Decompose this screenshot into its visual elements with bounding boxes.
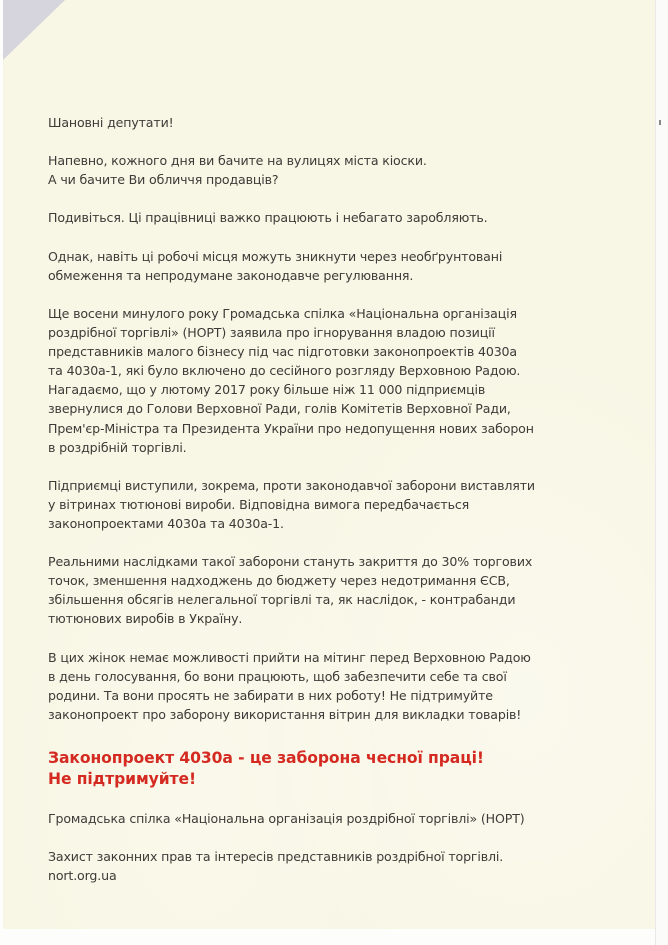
paragraph-appeal: В цих жінок немає можливості прийти на м… (48, 648, 648, 724)
text-line: Подивіться. Ці працівниці важко працюють… (48, 208, 648, 227)
text-line: А чи бачите Ви обличчя продавців? (48, 170, 648, 189)
signature: Громадська спілка «Національна організац… (48, 809, 648, 828)
signature-text: Громадська спілка «Національна організац… (48, 809, 648, 828)
text-line: Ще восени минулого року Громадська спілк… (48, 304, 648, 323)
text-line: Напевно, кожного дня ви бачите на вулиця… (48, 151, 648, 170)
text-line: в роздрібній торгівлі. (48, 438, 648, 457)
headline-line: Не підтримуйте! (48, 769, 648, 790)
website-text: nort.org.ua (48, 866, 648, 885)
text-line: Підприємці виступили, зокрема, проти зак… (48, 476, 648, 495)
text-line: звернулися до Голови Верховної Ради, гол… (48, 399, 648, 418)
text-line: збільшення обсягів нелегальної торгівлі … (48, 590, 648, 609)
paragraph-display-ban: Підприємці виступили, зокрема, проти зак… (48, 476, 648, 533)
text-line: обмеження та непродумане законодавче рег… (48, 266, 648, 285)
scan-mark (659, 120, 661, 125)
text-line: та 4030а-1, які було включено до сесійно… (48, 361, 648, 380)
text-line: у вітринах тютюнові вироби. Відповідна в… (48, 495, 648, 514)
text-line: Однак, навіть ці робочі місця можуть зни… (48, 247, 648, 266)
text-line: родини. Та вони просять не забирати в ни… (48, 686, 648, 705)
text-line: В цих жінок немає можливості прийти на м… (48, 648, 648, 667)
folded-corner-shadow (3, 0, 65, 60)
text-line: в день голосування, бо вони працюють, що… (48, 667, 648, 686)
greeting: Шановні депутати! (48, 113, 648, 132)
text-line: Нагадаємо, що у лютому 2017 року більше … (48, 380, 648, 399)
text-line: законопроектами 4030а та 4030а-1. (48, 514, 648, 533)
text-line: точок, зменшення надходжень до бюджету ч… (48, 571, 648, 590)
tagline-text: Захист законних прав та інтересів предст… (48, 847, 648, 866)
text-line: Прем'єр-Міністра та Президента України п… (48, 419, 648, 438)
headline: Законопроект 4030а - це заборона чесної … (48, 748, 648, 790)
greeting-text: Шановні депутати! (48, 113, 648, 132)
text-line: представників малого бізнесу під час під… (48, 342, 648, 361)
text-line: Реальними наслідками такої заборони стан… (48, 552, 648, 571)
paragraph-kiosks: Напевно, кожного дня ви бачите на вулиця… (48, 151, 648, 189)
text-line: тютюнових виробів в Україну. (48, 609, 648, 628)
paragraph-nort-statement: Ще восени минулого року Громадська спілк… (48, 304, 648, 457)
tagline: Захист законних прав та інтересів предст… (48, 847, 648, 885)
paragraph-jobs: Однак, навіть ці робочі місця можуть зни… (48, 247, 648, 285)
text-line: роздрібної торгівлі» (НОРТ) заявила про … (48, 323, 648, 342)
paragraph-workers: Подивіться. Ці працівниці важко працюють… (48, 208, 648, 227)
letter-body: Шановні депутати! Напевно, кожного дня в… (48, 113, 648, 904)
scanner-edge (655, 0, 668, 945)
text-line: законопроект про заборону використання в… (48, 705, 648, 724)
headline-line: Законопроект 4030а - це заборона чесної … (48, 748, 648, 769)
paragraph-consequences: Реальними наслідками такої заборони стан… (48, 552, 648, 628)
